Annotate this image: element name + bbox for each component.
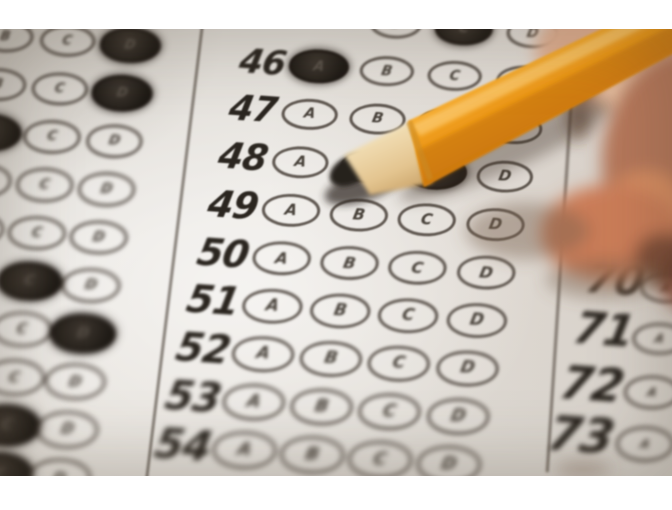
bottom-white-margin [0,476,672,510]
answer-sheet-photo: BCDBCDBCDBCDBCDCDCDCDCDCD BCD46ABCD47ABC… [0,29,672,476]
scantron-photo-page: { "photo": { "alt": "Close-up photograph… [0,0,672,510]
pencil-graphic [0,29,672,476]
top-white-margin [0,0,672,29]
